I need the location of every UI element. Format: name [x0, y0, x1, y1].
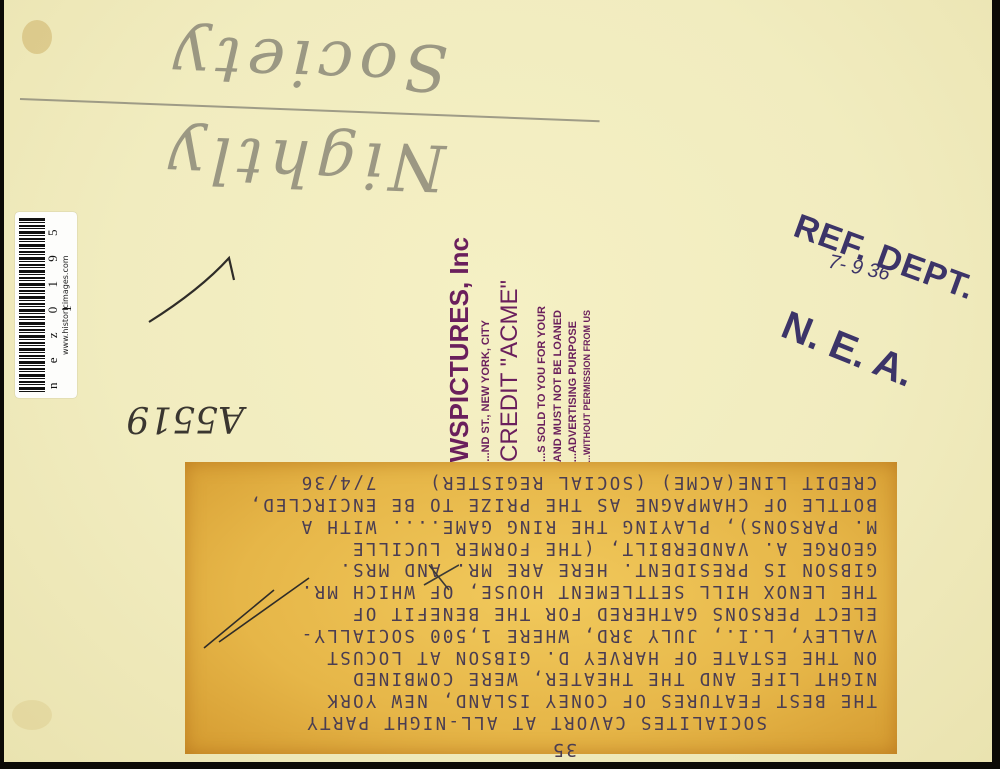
- ref-dept-stamp: REF. DEPT. 7- 9 36 N. E. A.: [794, 195, 992, 385]
- stamp-line-address: ...ND ST., NEW YORK, CITY: [480, 320, 492, 462]
- photo-back-paper: Nightly Society A5519 n e z 0 1 9 5 1 ww…: [4, 0, 992, 762]
- pen-crop-marks-icon: [199, 560, 459, 660]
- stamp-line-credit: CREDIT "ACME": [496, 280, 524, 462]
- handwritten-catalog-code: A5519: [134, 398, 244, 439]
- caption-headline: SOCIALITES CAVORT AT ALL-NIGHT PARTY: [203, 710, 877, 732]
- stamp-line-terms-2: AND MUST NOT BE LOANED: [552, 310, 564, 462]
- caption-line: GEORGE A. VANDERBILT, (THE FORMER LUCILL…: [203, 536, 877, 558]
- barcode-digits: n e z 0 1 9 5 1: [46, 212, 60, 398]
- caption-line: M. PARSONS), PLAYING THE RING GAME.... W…: [203, 514, 877, 536]
- age-stain: [12, 700, 52, 730]
- stamp-line-terms-1: ...S SOLD TO YOU FOR YOUR: [536, 306, 548, 462]
- caption-line: BOTTLE OF CHAMPAGNE AS THE PRIZE TO BE E…: [203, 492, 877, 514]
- caption-line: NIGHT LIFE AND THE THEATER, WERE COMBINE…: [203, 667, 877, 689]
- ref-dept-heading: REF. DEPT.: [789, 207, 980, 308]
- barcode-website: www.historicimages.com: [61, 212, 73, 398]
- barcode-sticker: n e z 0 1 9 5 1 www.historicimages.com: [15, 212, 77, 398]
- stamp-line-company: WSPICTURES, Inc: [444, 237, 475, 462]
- caption-line: THE BEST FEATURES OF CONEY ISLAND, NEW Y…: [203, 688, 877, 710]
- pencil-checkmark-icon: [144, 250, 244, 330]
- age-stain: [22, 20, 52, 54]
- pencil-inscription: Nightly Society: [22, 102, 585, 221]
- acme-newspictures-stamp: WSPICTURES, Inc ...ND ST., NEW YORK, CIT…: [444, 212, 594, 462]
- caption-number: 35: [551, 738, 577, 760]
- stamp-line-terms-4: ...WITHOUT PERMISSION FROM US: [582, 310, 592, 463]
- ref-dept-agency: N. E. A.: [775, 303, 920, 397]
- caption-credit-line: CREDIT LINE(ACME) (SOCIAL REGISTER) 7/4/…: [203, 470, 877, 492]
- stamp-line-terms-3: ...ADVERTISING PURPOSE: [567, 321, 579, 462]
- barcode-icon: [19, 218, 45, 392]
